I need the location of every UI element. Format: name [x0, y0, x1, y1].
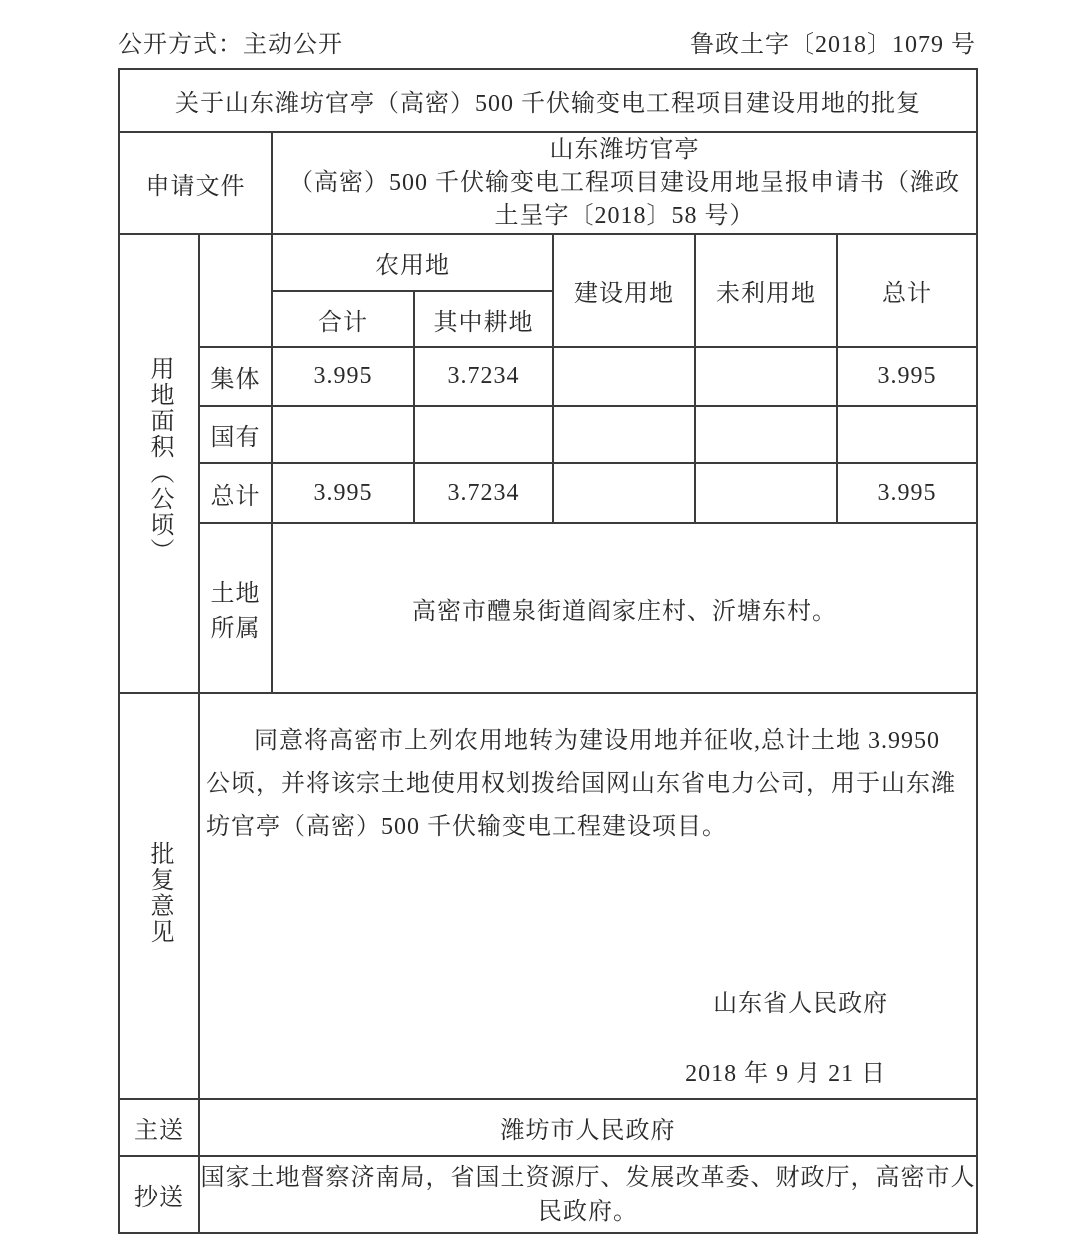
header-agri-total: 合计 [272, 291, 414, 347]
area-header-row-1: 用地面积（公顷） 农用地 建设用地 未利用地 总计 [119, 234, 977, 291]
land-owner-row: 土地所属 高密市醴泉街道阎家庄村、沂塘东村。 [119, 523, 977, 693]
row-label-collective: 集体 [199, 347, 272, 406]
application-label: 申请文件 [119, 132, 272, 234]
collective-agri-total: 3.995 [272, 347, 414, 406]
application-line-2: （高密）500 千伏输变电工程项目建设用地呈报申请书（潍政 [273, 167, 976, 200]
table-row-collective: 集体 3.995 3.7234 3.995 [119, 347, 977, 406]
approval-date: 2018 年 9 月 21 日 [200, 1059, 976, 1089]
cc-recipient-value: 国家土地督察济南局，省国土资源厅、发展改革委、财政厅，高密市人民政府。 [199, 1156, 977, 1233]
main-recipient-value: 潍坊市人民政府 [199, 1099, 977, 1156]
table-row-state-owned: 国有 [119, 406, 977, 463]
header-total: 总计 [837, 234, 977, 347]
state-construction [553, 406, 695, 463]
approval-content-cell: 同意将高密市上列农用地转为建设用地并征收,总计土地 3.9950 公顷，并将该宗… [199, 693, 977, 1099]
collective-total: 3.995 [837, 347, 977, 406]
main-recipient-label: 主送 [119, 1099, 199, 1156]
collective-cultivated: 3.7234 [414, 347, 553, 406]
table-row-total: 总计 3.995 3.7234 3.995 [119, 463, 977, 523]
header-agricultural: 农用地 [272, 234, 553, 291]
scanned-approval-document: { "page": { "publish_mode": "公开方式：主动公开",… [0, 0, 1080, 1250]
state-unused [695, 406, 837, 463]
approval-label-cell: 批复意见 [119, 693, 199, 1099]
approval-vertical-label: 批复意见 [147, 841, 171, 945]
application-line-3: 土呈字〔2018〕58 号） [273, 200, 976, 233]
collective-construction [553, 347, 695, 406]
total-construction [553, 463, 695, 523]
approval-row: 批复意见 同意将高密市上列农用地转为建设用地并征收,总计土地 3.9950 公顷… [119, 693, 977, 1099]
application-content: 山东潍坊官亭 （高密）500 千伏输变电工程项目建设用地呈报申请书（潍政 土呈字… [272, 132, 977, 234]
cc-recipient-label: 抄送 [119, 1156, 199, 1233]
area-vertical-label: 用地面积（公顷） [147, 356, 171, 564]
title-row: 关于山东潍坊官亭（高密）500 千伏输变电工程项目建设用地的批复 [119, 69, 977, 132]
land-owner-label: 土地所属 [199, 523, 272, 693]
publish-mode-text: 公开方式：主动公开 [118, 24, 343, 59]
approval-text: 同意将高密市上列农用地转为建设用地并征收,总计土地 3.9950 公顷，并将该宗… [206, 720, 966, 849]
collective-unused [695, 347, 837, 406]
document-title: 关于山东潍坊官亭（高密）500 千伏输变电工程项目建设用地的批复 [119, 69, 977, 132]
total-total: 3.995 [837, 463, 977, 523]
state-agri-total [272, 406, 414, 463]
cc-recipient-row: 抄送 国家土地督察济南局，省国土资源厅、发展改革委、财政厅，高密市人民政府。 [119, 1156, 977, 1233]
state-total [837, 406, 977, 463]
area-vertical-label-cell: 用地面积（公顷） [119, 234, 199, 693]
total-unused [695, 463, 837, 523]
approval-form-table: 关于山东潍坊官亭（高密）500 千伏输变电工程项目建设用地的批复 申请文件 山东… [118, 68, 978, 1234]
approval-signer: 山东省人民政府 [200, 989, 976, 1019]
application-row: 申请文件 山东潍坊官亭 （高密）500 千伏输变电工程项目建设用地呈报申请书（潍… [119, 132, 977, 234]
empty-corner-cell [199, 234, 272, 347]
state-cultivated [414, 406, 553, 463]
row-label-total: 总计 [199, 463, 272, 523]
total-cultivated: 3.7234 [414, 463, 553, 523]
land-owner-value: 高密市醴泉街道阎家庄村、沂塘东村。 [272, 523, 977, 693]
application-line-1: 山东潍坊官亭 [273, 134, 976, 167]
total-agri-total: 3.995 [272, 463, 414, 523]
document-number: 鲁政土字〔2018〕1079 号 [690, 24, 976, 59]
main-recipient-row: 主送 潍坊市人民政府 [119, 1099, 977, 1156]
row-label-state-owned: 国有 [199, 406, 272, 463]
document-header-bar: 公开方式：主动公开 鲁政土字〔2018〕1079 号 [118, 24, 976, 59]
header-agri-cultivated: 其中耕地 [414, 291, 553, 347]
header-construction: 建设用地 [553, 234, 695, 347]
header-unused: 未利用地 [695, 234, 837, 347]
